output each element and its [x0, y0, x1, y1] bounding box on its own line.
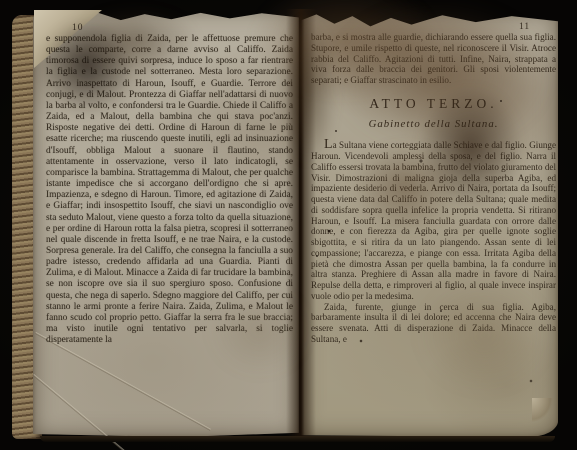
right-page-number: 11 — [519, 22, 530, 32]
act-heading: ATTO TERZO. — [311, 99, 556, 110]
curled-corner-bottom-right — [532, 398, 558, 436]
book-bottom-edge — [40, 436, 555, 442]
left-page-text: e supponendola figlia di Zaida, per le a… — [46, 34, 293, 346]
closing-paragraph: Zaida, furente, giunge in cerca di sua f… — [311, 302, 556, 345]
continuation-paragraph: barba, e si mostra alle guardie, dichiar… — [311, 32, 556, 86]
scene-heading: Gabinetto della Sultana. — [311, 119, 556, 130]
left-page-number: 10 — [72, 23, 84, 33]
act-three-paragraph: La Sultana viene corteggiata dalle Schia… — [311, 140, 556, 301]
book-gutter-shadow — [286, 9, 316, 438]
right-page-text: barba, e si mostra alle guardie, dichiar… — [311, 32, 556, 345]
book-photo: 10 11 e supponendola figlia di Zaida, pe… — [0, 0, 577, 450]
